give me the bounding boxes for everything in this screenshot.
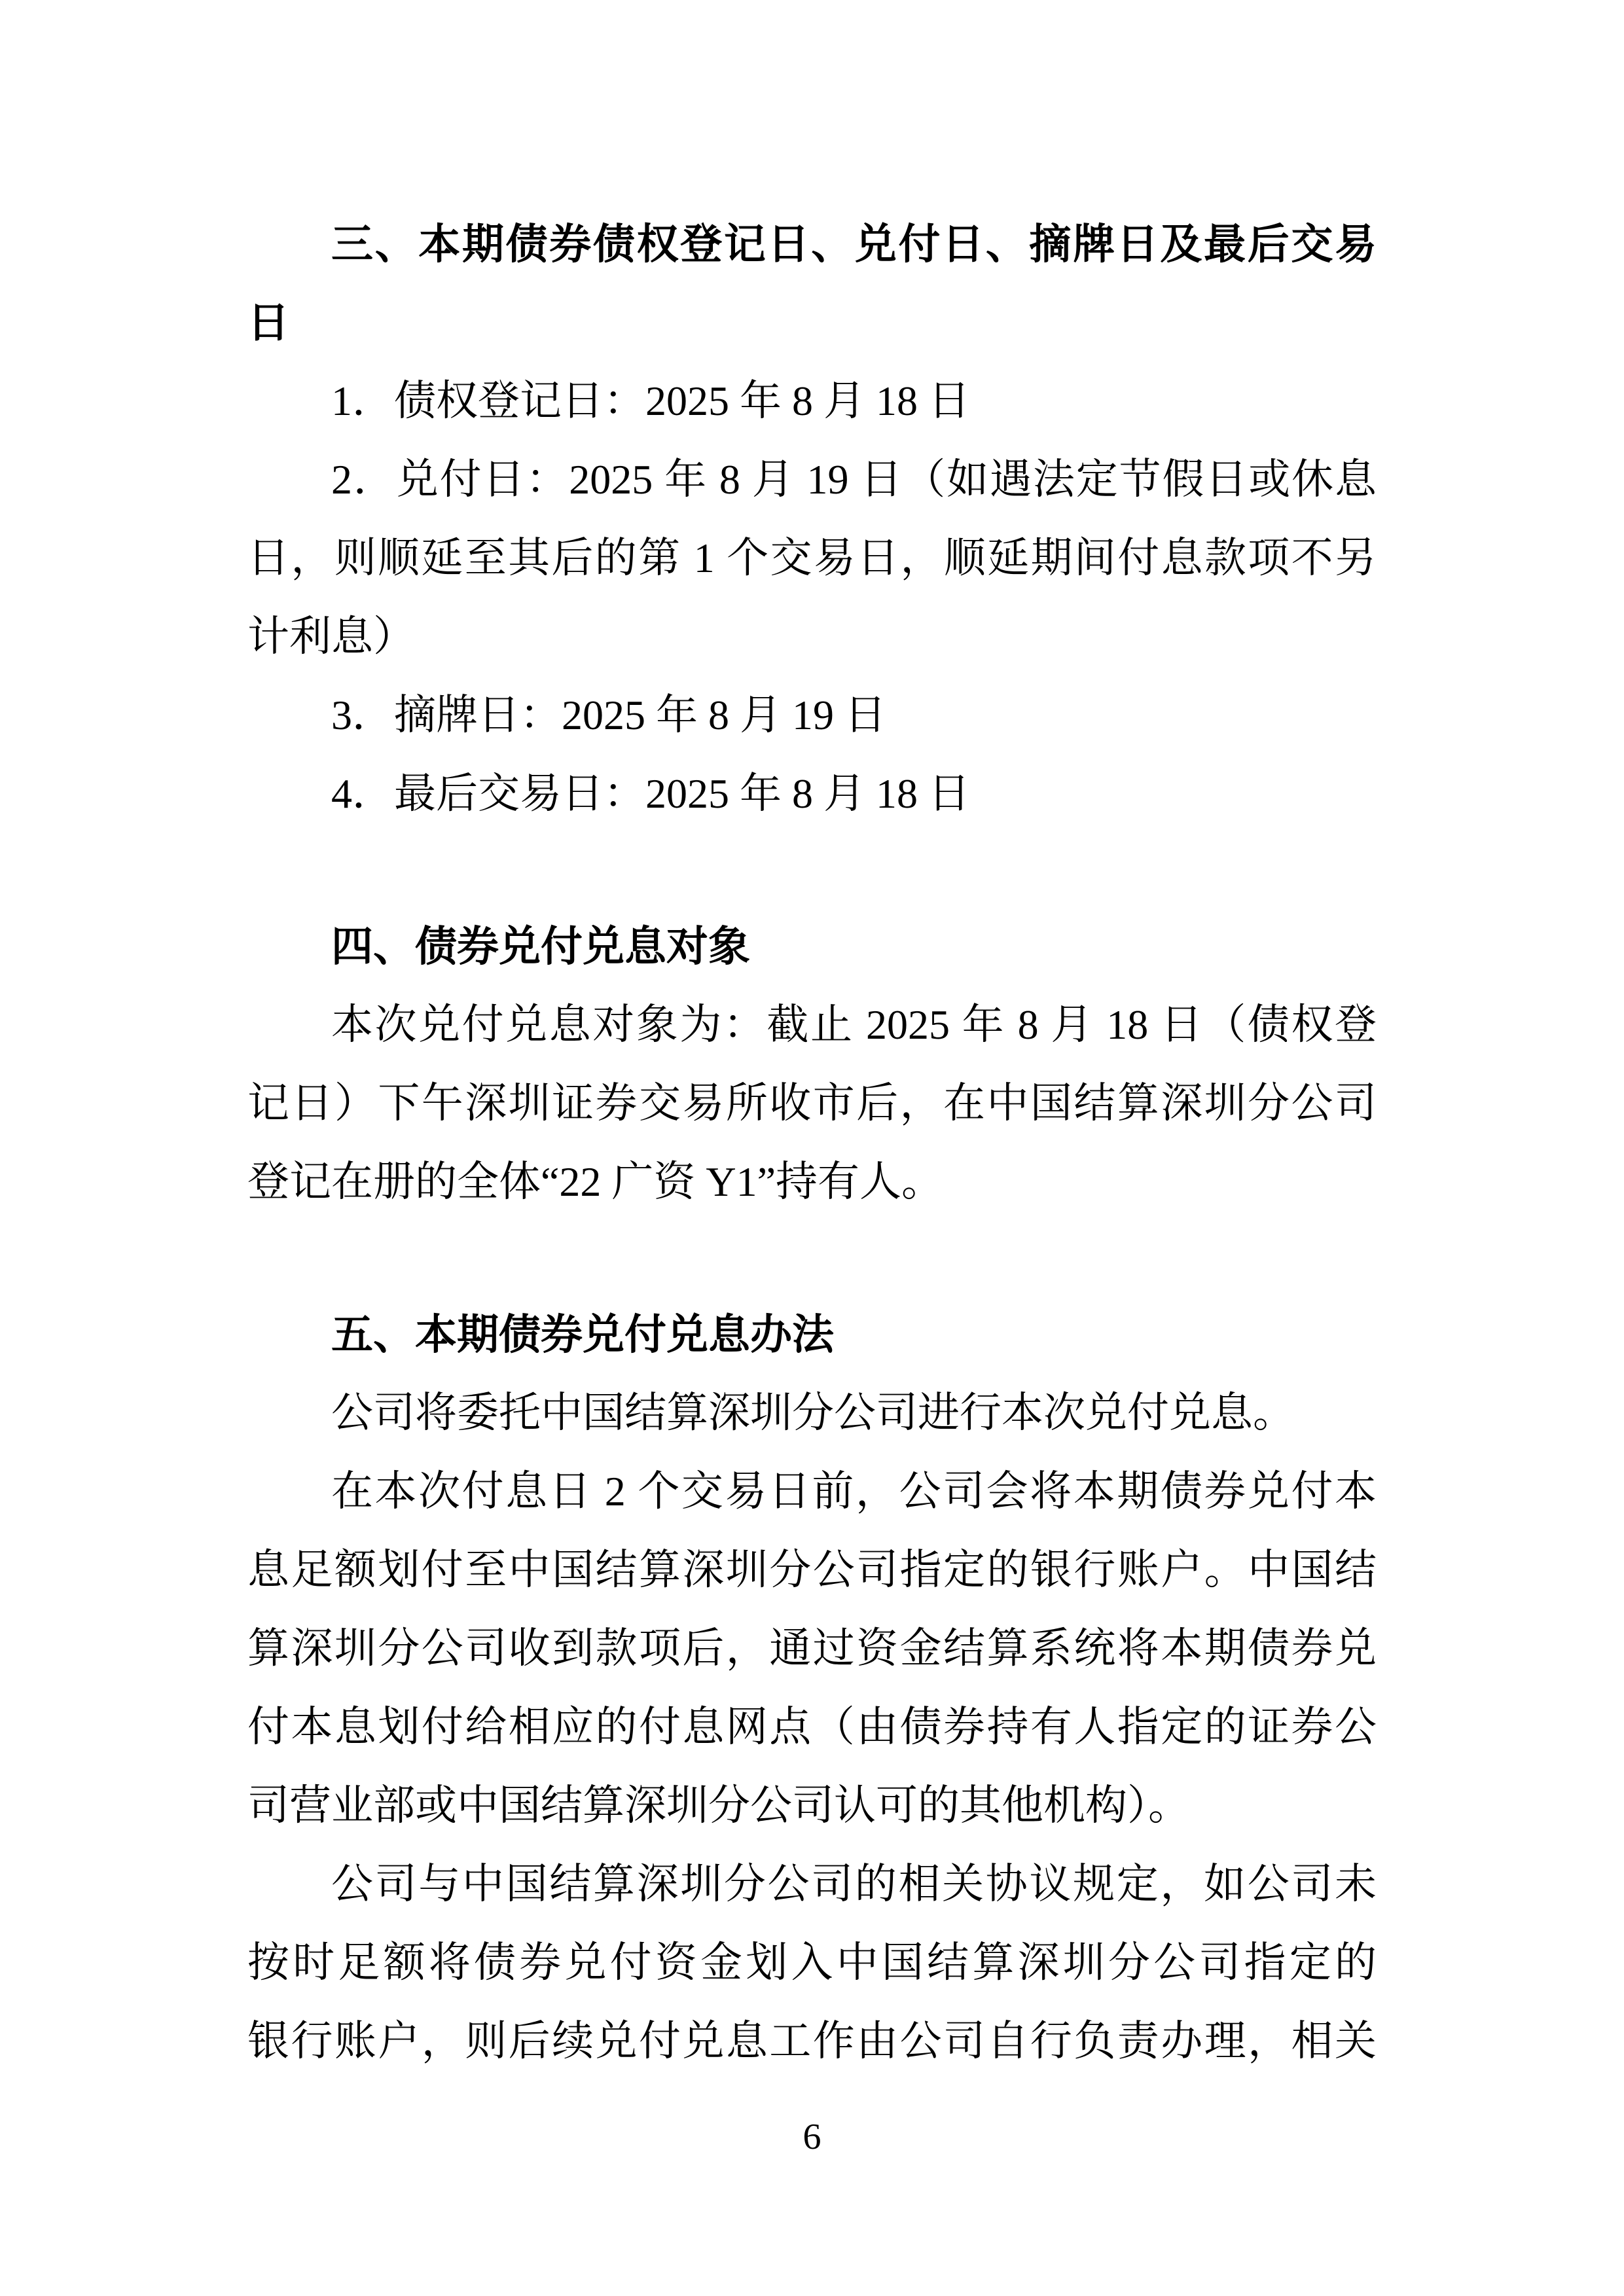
section4-para-line1: 本次兑付兑息对象为：截止 2025 年 8 月 18 日（债权登 [247,986,1377,1064]
page-number: 6 [0,2114,1624,2160]
section5-para3-line3: 银行账户，则后续兑付兑息工作由公司自行负责办理，相关 [247,2002,1377,2081]
section3-item2-line2: 日，则顺延至其后的第 1 个交易日，顺延期间付息款项不另 [247,519,1377,598]
section3-heading-line1: 三、本期债券债权登记日、兑付日、摘牌日及最后交易 [247,205,1377,283]
section5-para2-line1: 在本次付息日 2 个交易日前，公司会将本期债券兑付本 [247,1452,1377,1531]
section5-para1: 公司将委托中国结算深圳分公司进行本次兑付兑息。 [247,1374,1377,1452]
section4-heading: 四、债券兑付兑息对象 [247,907,1377,986]
section3-item3: 3．摘牌日：2025 年 8 月 19 日 [247,676,1377,755]
section3-item2-line3: 计利息） [247,598,1377,676]
section3-heading-line2: 日 [247,283,1377,362]
section5-para2-line5: 司营业部或中国结算深圳分公司认可的其他机构）。 [247,1767,1377,1845]
section5-para3-line2: 按时足额将债券兑付资金划入中国结算深圳分公司指定的 [247,1924,1377,2002]
section5-heading: 五、本期债券兑付兑息办法 [247,1295,1377,1374]
section5-para2-line2: 息足额划付至中国结算深圳分公司指定的银行账户。中国结 [247,1531,1377,1609]
section4-para-line2: 记日）下午深圳证券交易所收市后，在中国结算深圳分公司 [247,1064,1377,1143]
section4-para-line3: 登记在册的全体“22 广资 Y1”持有人。 [247,1143,1377,1221]
document-page: 三、本期债券债权登记日、兑付日、摘牌日及最后交易 日 1．债权登记日：2025 … [0,0,1624,2296]
section5-para3-line1: 公司与中国结算深圳分公司的相关协议规定，如公司未 [247,1845,1377,1924]
section3-item2-line1: 2．兑付日：2025 年 8 月 19 日（如遇法定节假日或休息 [247,440,1377,519]
section3-item4: 4．最后交易日：2025 年 8 月 18 日 [247,755,1377,833]
section5-para2-line4: 付本息划付给相应的付息网点（由债券持有人指定的证券公 [247,1688,1377,1767]
section5-para2-line3: 算深圳分公司收到款项后，通过资金结算系统将本期债券兑 [247,1609,1377,1688]
section3-item1: 1．债权登记日：2025 年 8 月 18 日 [247,362,1377,440]
